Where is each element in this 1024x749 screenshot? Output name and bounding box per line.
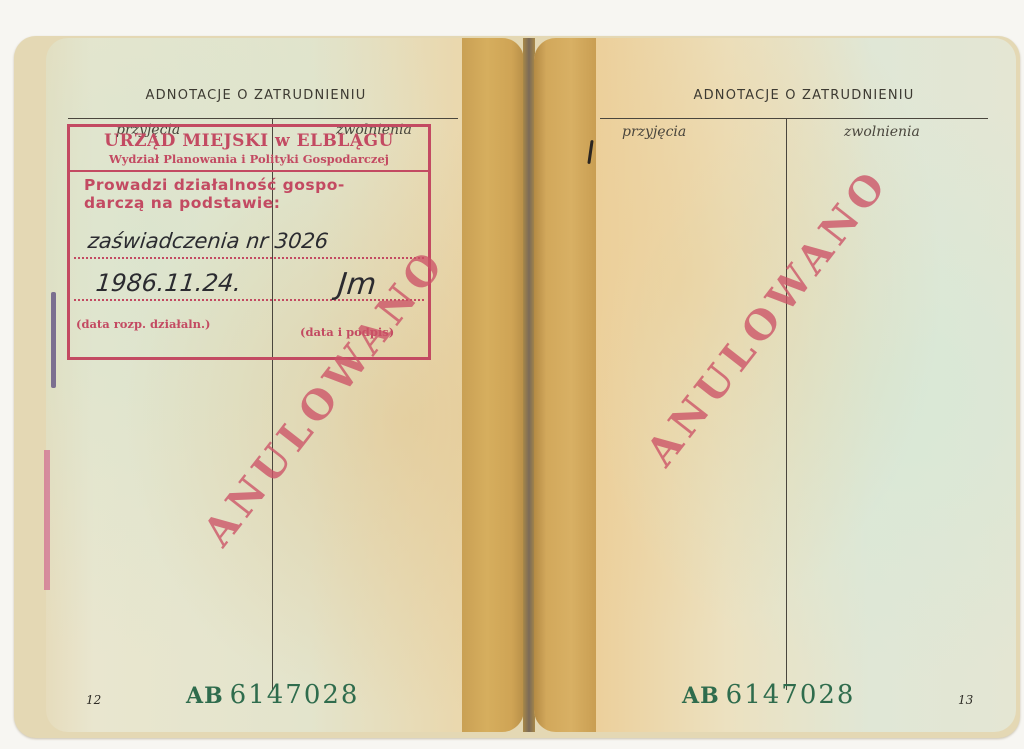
left-serial-digits: 6147028 [230,680,360,710]
right-column-divider [786,118,787,690]
right-header-rule [600,118,988,119]
right-cancelled-stamp: ANULOWANO [637,159,898,475]
stamp-office-name: URZĄD MIEJSKI w ELBLĄGU [70,131,428,151]
handwritten-date: 1986.11.24. [95,269,243,297]
stamp-department: Wydział Planowania i Polityki Gospodarcz… [70,152,428,172]
right-serial-digits: 6147028 [726,680,856,710]
left-spine-band [462,38,524,732]
right-page: ADNOTACJE O ZATRUDNIENIU przyjęcia zwoln… [534,38,1016,732]
stamp-body-line1: Prowadzi działalność gospo- [84,176,418,194]
stamp-body-line2: darczą na podstawie: [84,194,418,212]
left-page: ADNOTACJE O ZATRUDNIENIU przyjęcia zwoln… [46,38,524,732]
right-serial-number: AB6147028 [682,680,855,710]
right-col-hired-label: przyjęcia [622,124,686,140]
stamp-caption-start-date: (data rozp. działaln.) [76,317,210,331]
stamp-dotted-line-1 [74,257,424,259]
right-page-number: 13 [958,693,973,707]
booklet-spread: ADNOTACJE O ZATRUDNIENIU przyjęcia zwoln… [14,30,1020,738]
left-header-rule [68,118,458,119]
ink-mark-pink [44,450,50,590]
right-page-header: ADNOTACJE O ZATRUDNIENIU [604,88,1004,103]
left-page-number: 12 [86,693,101,707]
left-page-header: ADNOTACJE O ZATRUDNIENIU [46,88,466,103]
right-spine-band [534,38,596,732]
left-serial-number: AB6147028 [186,680,359,710]
ink-mark-purple [51,292,56,388]
handwritten-basis: zaświadczenia nr 3026 [87,229,330,253]
right-serial-prefix: AB [682,683,720,709]
right-col-dismissed-label: zwolnienia [844,124,920,140]
left-serial-prefix: AB [186,683,224,709]
